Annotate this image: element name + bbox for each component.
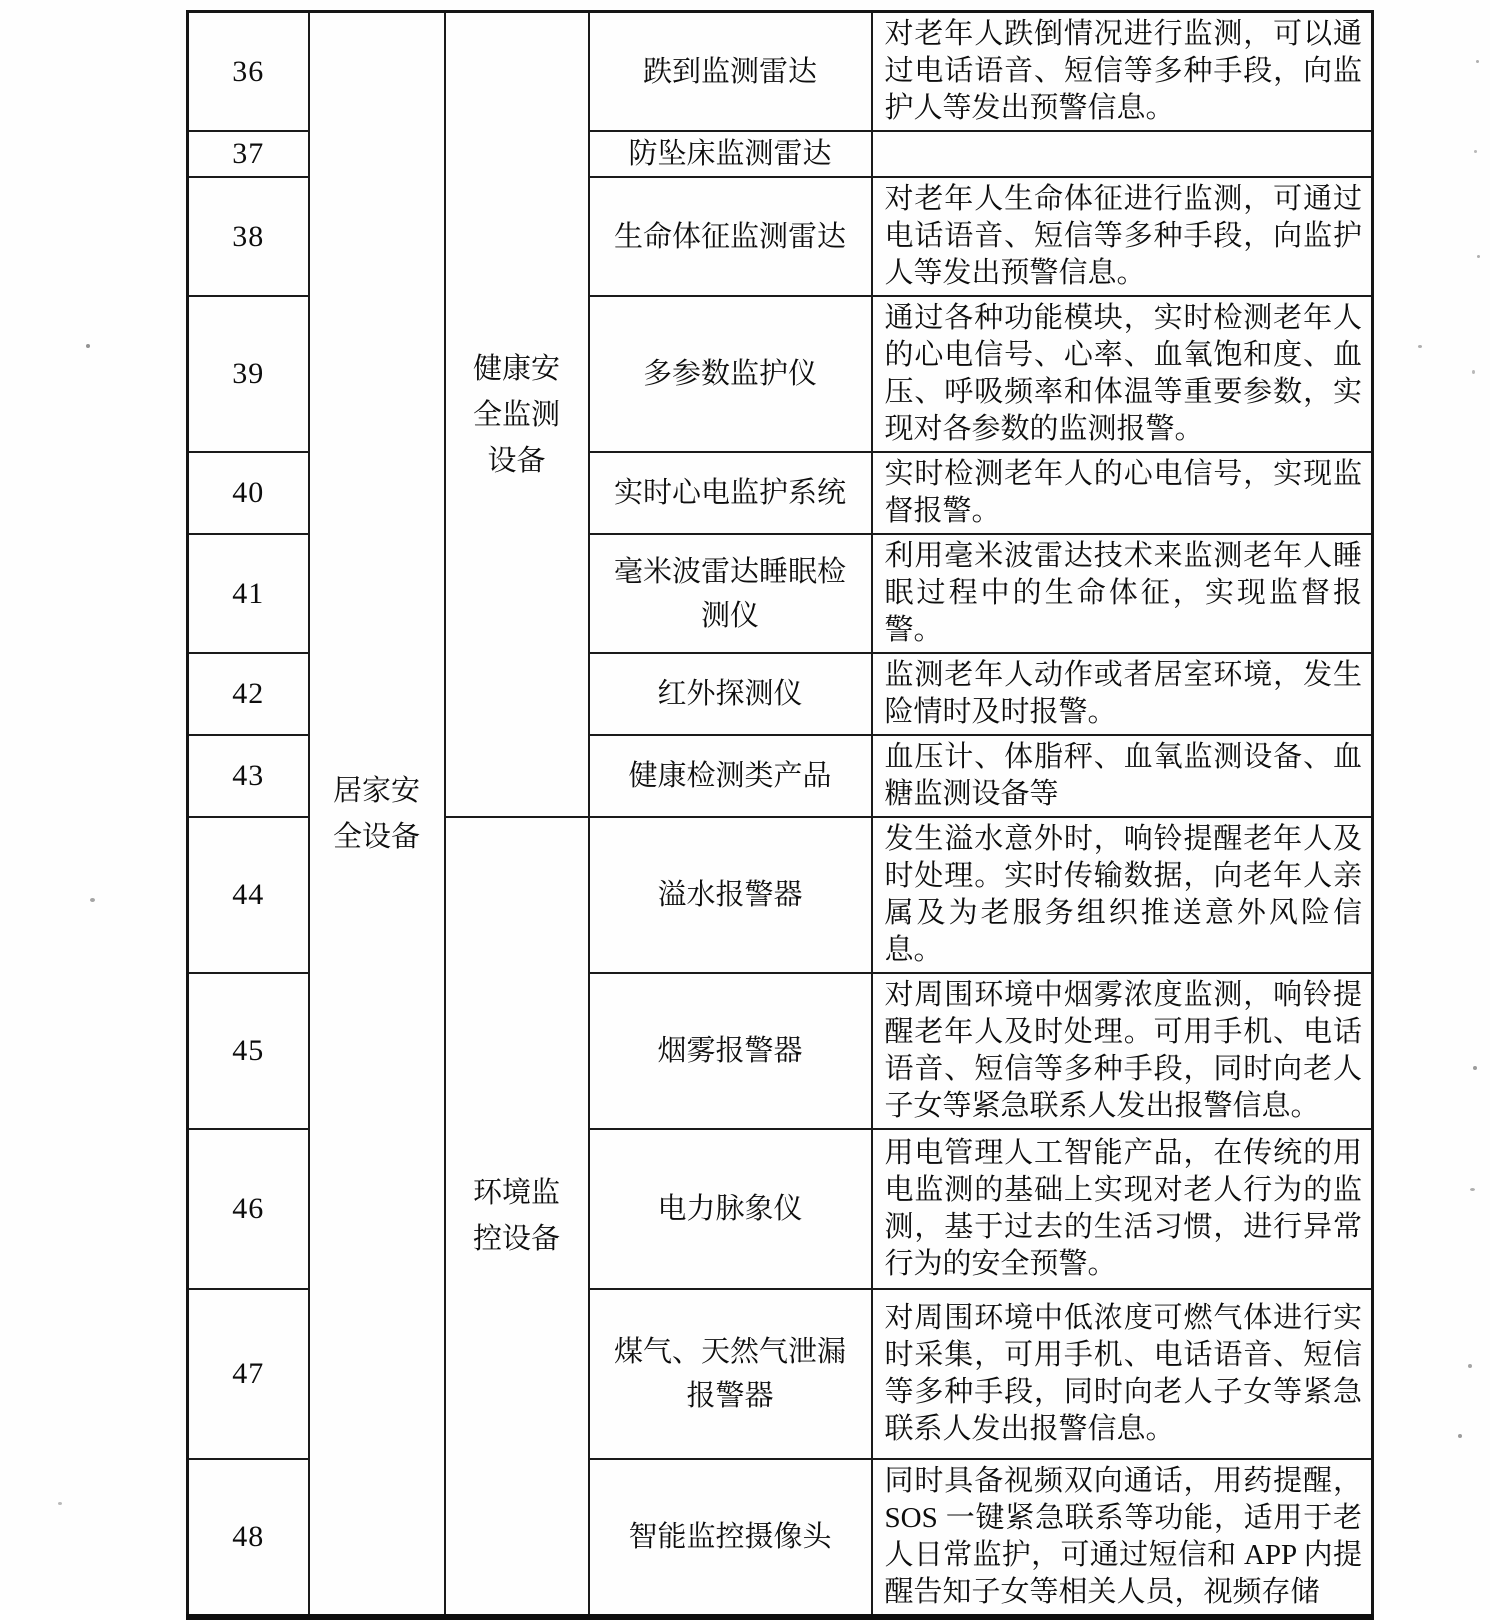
scan-speck bbox=[1476, 60, 1479, 63]
table-row: 36 居家安全设备 健康安全监测设备 跌到监测雷达 对老年人跌倒情况进行监测，可… bbox=[188, 12, 1373, 132]
device-name-cell: 生命体征监测雷达 bbox=[589, 177, 872, 296]
device-name-cell: 毫米波雷达睡眠检测仪 bbox=[589, 534, 872, 653]
device-name-cell: 跌到监测雷达 bbox=[589, 12, 872, 132]
device-table: 36 居家安全设备 健康安全监测设备 跌到监测雷达 对老年人跌倒情况进行监测，可… bbox=[186, 10, 1374, 1610]
scan-speck bbox=[90, 898, 95, 902]
device-name-cell: 煤气、天然气泄漏报警器 bbox=[589, 1289, 872, 1459]
row-number-cell: 37 bbox=[188, 131, 309, 177]
scan-speck bbox=[86, 344, 90, 348]
device-description-cell bbox=[872, 131, 1373, 177]
device-description-cell: 对老年人生命体征进行监测，可通过电话语音、短信等多种手段，向监护人等发出预警信息… bbox=[872, 177, 1373, 296]
device-description-cell: 血压计、体脂秤、血氧监测设备、血糖监测设备等 bbox=[872, 735, 1373, 817]
scan-speck bbox=[1468, 1364, 1472, 1368]
scan-speck bbox=[58, 1502, 62, 1505]
row-number-cell: 43 bbox=[188, 735, 309, 817]
row-number-cell: 38 bbox=[188, 177, 309, 296]
row-number-cell: 41 bbox=[188, 534, 309, 653]
device-name-cell: 电力脉象仪 bbox=[589, 1129, 872, 1289]
row-number-cell: 36 bbox=[188, 12, 309, 132]
device-description-cell: 同时具备视频双向通话，用药提醒，SOS 一键紧急联系等功能，适用于老人日常监护，… bbox=[872, 1459, 1373, 1610]
device-name-cell: 智能监控摄像头 bbox=[589, 1459, 872, 1610]
device-description-cell: 实时检测老年人的心电信号，实现监督报警。 bbox=[872, 452, 1373, 534]
device-name-cell: 溢水报警器 bbox=[589, 817, 872, 973]
row-number-cell: 48 bbox=[188, 1459, 309, 1610]
scan-speck bbox=[1470, 1188, 1475, 1191]
subcategory-environment-cell: 环境监控设备 bbox=[445, 817, 589, 1610]
row-number-cell: 42 bbox=[188, 653, 309, 735]
device-name-cell: 健康检测类产品 bbox=[589, 735, 872, 817]
device-description-cell: 发生溢水意外时，响铃提醒老年人及时处理。实时传输数据，向老年人亲属及为老服务组织… bbox=[872, 817, 1373, 973]
device-name-cell: 红外探测仪 bbox=[589, 653, 872, 735]
scan-speck bbox=[1473, 1066, 1477, 1070]
device-name-cell: 实时心电监护系统 bbox=[589, 452, 872, 534]
device-name-cell: 多参数监护仪 bbox=[589, 296, 872, 452]
row-number-cell: 45 bbox=[188, 973, 309, 1129]
scan-speck bbox=[1477, 255, 1480, 258]
row-number-cell: 39 bbox=[188, 296, 309, 452]
device-description-cell: 通过各种功能模块，实时检测老年人的心电信号、心率、血氧饱和度、血压、呼吸频率和体… bbox=[872, 296, 1373, 452]
row-number-cell: 46 bbox=[188, 1129, 309, 1289]
row-number-cell: 47 bbox=[188, 1289, 309, 1459]
row-number-cell: 44 bbox=[188, 817, 309, 973]
device-description-cell: 监测老年人动作或者居室环境，发生险情时及时报警。 bbox=[872, 653, 1373, 735]
category-cell: 居家安全设备 bbox=[309, 12, 445, 1611]
scan-speck bbox=[1458, 1434, 1462, 1438]
device-name-cell: 防坠床监测雷达 bbox=[589, 131, 872, 177]
device-description-cell: 用电管理人工智能产品，在传统的用电监测的基础上实现对老人行为的监测，基于过去的生… bbox=[872, 1129, 1373, 1289]
scan-speck bbox=[1418, 345, 1422, 348]
scanned-document-page: 36 居家安全设备 健康安全监测设备 跌到监测雷达 对老年人跌倒情况进行监测，可… bbox=[0, 0, 1490, 1610]
scan-speck bbox=[1472, 370, 1475, 374]
device-description-cell: 对老年人跌倒情况进行监测，可以通过电话语音、短信等多种手段，向监护人等发出预警信… bbox=[872, 12, 1373, 132]
subcategory-health-cell: 健康安全监测设备 bbox=[445, 12, 589, 818]
device-name-cell: 烟雾报警器 bbox=[589, 973, 872, 1129]
row-number-cell: 40 bbox=[188, 452, 309, 534]
device-description-cell: 对周围环境中低浓度可燃气体进行实时采集，可用手机、电话语音、短信等多种手段，同时… bbox=[872, 1289, 1373, 1459]
device-description-cell: 利用毫米波雷达技术来监测老年人睡眠过程中的生命体征，实现监督报警。 bbox=[872, 534, 1373, 653]
scan-speck bbox=[1474, 150, 1477, 153]
device-description-cell: 对周围环境中烟雾浓度监测，响铃提醒老年人及时处理。可用手机、电话语音、短信等多种… bbox=[872, 973, 1373, 1129]
